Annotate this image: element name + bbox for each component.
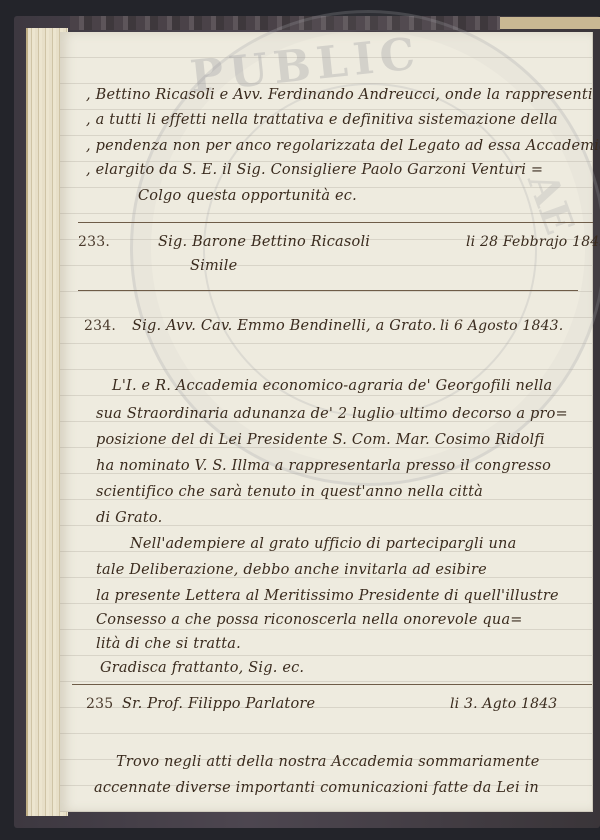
body-line: la presente Lettera al Meritissimo Presi… [96, 588, 559, 604]
entry-divider [78, 222, 593, 223]
entry-note: Simile [190, 258, 237, 274]
text-line: , pendenza non per anco regolarizzata de… [86, 138, 600, 154]
text-line: , Bettino Ricasoli e Avv. Ferdinando And… [86, 87, 593, 103]
stamp-inner-ring [203, 83, 537, 417]
body-line: scientifico che sarà tenuto in quest'ann… [96, 484, 483, 500]
body-line: di Grato. [96, 510, 162, 526]
text-line: , a tutti li effetti nella trattativa e … [86, 112, 558, 128]
body-line: posizione del di Lei Presidente S. Com. … [96, 432, 545, 448]
entry-date: li 3. Agto 1843 [450, 696, 557, 712]
body-line: Trovo negli atti della nostra Accademia … [116, 754, 539, 770]
entry-divider [78, 290, 578, 291]
entry-divider [72, 684, 592, 685]
body-line: tale Deliberazione, debbo anche invitarl… [96, 562, 487, 578]
text-line: , elargito da S. E. il Sig. Consigliere … [86, 162, 543, 178]
entry-recipient: Sig. Barone Bettino Ricasoli [158, 234, 370, 250]
entry-recipient: Sr. Prof. Filippo Parlatore [122, 696, 315, 712]
entry-date: li 28 Febbrajo 1843. [466, 234, 600, 250]
entry-recipient: Sig. Avv. Cav. Emmo Bendinelli, a Grato. [132, 318, 437, 334]
entry-number: 234. [84, 318, 116, 334]
body-line: L'I. e R. Accademia economico-agraria de… [112, 378, 552, 394]
body-line: ha nominato V. S. Illma a rappresentarla… [96, 458, 551, 474]
body-line: sua Straordinaria adunanza de' 2 luglio … [96, 406, 568, 422]
entry-number: 235 [86, 696, 113, 712]
body-line: lità di che si tratta. [96, 636, 241, 652]
body-line: Consesso a che possa riconoscerla nella … [96, 612, 523, 628]
closing-formula: Gradisca frattanto, Sig. ec. [100, 660, 304, 676]
closing-formula: Colgo questa opportunità ec. [138, 188, 357, 204]
body-line: Nell'adempiere al grato ufficio di parte… [130, 536, 516, 552]
entry-number: 233. [78, 234, 110, 250]
entry-date: li 6 Agosto 1843. [440, 318, 563, 334]
cover-corner [500, 17, 600, 29]
body-line: accennate diverse importanti comunicazio… [94, 780, 539, 796]
